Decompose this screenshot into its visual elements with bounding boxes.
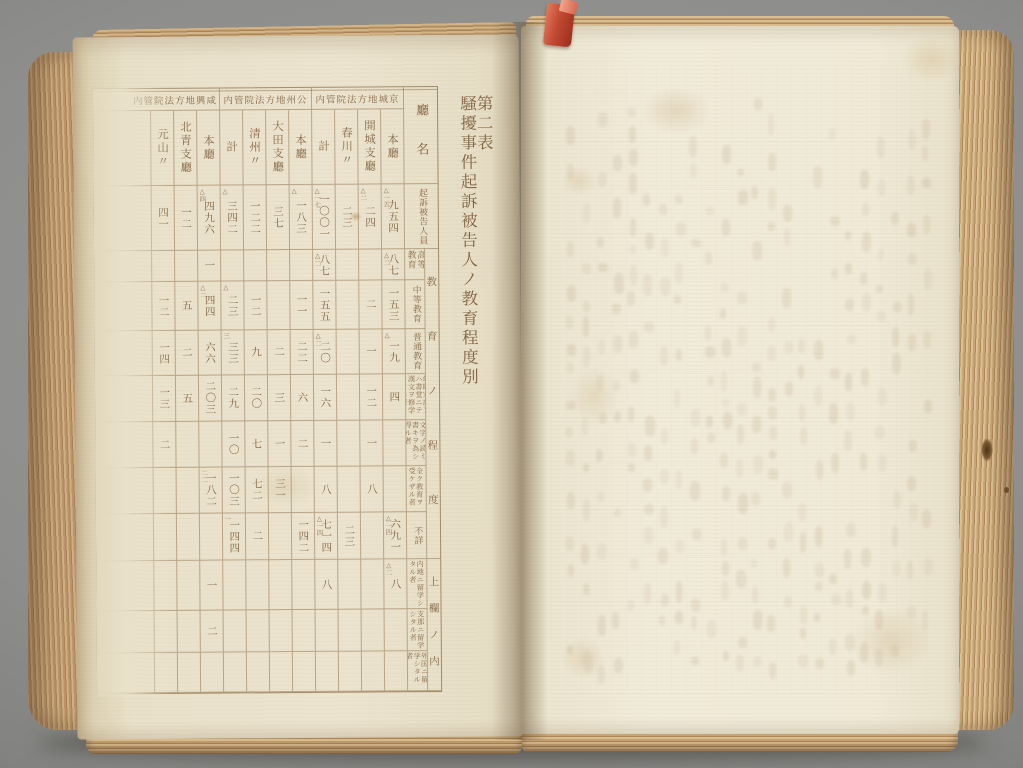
show-through-smudge xyxy=(845,373,852,391)
show-through-smudge xyxy=(753,610,763,631)
show-through-smudge xyxy=(645,416,654,435)
show-through-smudge xyxy=(613,198,621,218)
small-annotation: △ xyxy=(222,283,229,291)
show-through-smudge xyxy=(768,406,777,420)
show-through-smudge xyxy=(768,222,776,230)
value-cell: 一五五 xyxy=(312,281,335,330)
small-annotation: △二 xyxy=(383,251,390,266)
value: 二 xyxy=(206,625,217,637)
value: 四一 xyxy=(157,206,168,229)
value-cell: 四 xyxy=(382,374,405,420)
value-cell: 二 xyxy=(175,331,198,376)
show-through-smudge xyxy=(676,581,683,603)
show-through-smudge xyxy=(627,291,634,306)
value-cell xyxy=(360,559,383,609)
row-header-education: 全ク教育ヲ受ケザル者 xyxy=(406,466,426,512)
show-through-smudge xyxy=(814,613,821,622)
value-cell xyxy=(220,250,243,281)
show-through-smudge xyxy=(566,450,576,465)
show-through-smudge xyxy=(878,583,887,602)
show-through-smudge xyxy=(769,662,776,679)
show-through-smudge xyxy=(613,335,622,353)
value: 三一 xyxy=(274,478,285,501)
value: 二四 xyxy=(364,205,375,228)
show-through-smudge xyxy=(893,302,902,312)
show-through-smudge xyxy=(909,503,918,522)
show-through-smudge xyxy=(723,412,732,430)
office-name-cell: 元山〃 xyxy=(150,111,174,186)
value: 二 xyxy=(297,438,308,450)
value-cell: 一四四一 xyxy=(222,513,245,560)
value: 一二 xyxy=(250,294,261,317)
district-group-label: 内管院法方地城京 xyxy=(315,91,399,106)
row-header-defendants: 起訴被告人員 xyxy=(404,184,438,249)
value: 一 xyxy=(365,346,376,358)
show-through-smudge xyxy=(752,241,762,260)
small-annotation: 三 xyxy=(223,332,230,339)
show-through-smudge xyxy=(643,274,652,296)
show-through-smudge xyxy=(675,611,683,624)
value: 一五三 xyxy=(388,287,399,322)
value-cell: 一 xyxy=(359,420,382,466)
show-through-smudge xyxy=(831,268,838,279)
show-through-grid xyxy=(551,66,933,694)
show-through-smudge xyxy=(597,375,604,391)
value: 二三 xyxy=(227,294,238,317)
value-cell: 一 xyxy=(359,329,382,374)
value-cell: 二 xyxy=(290,421,313,467)
show-through-smudge xyxy=(829,638,836,655)
show-through-smudge xyxy=(751,187,758,199)
show-through-smudge xyxy=(892,561,901,576)
value-cell: 一六 xyxy=(313,375,336,421)
show-through-smudge xyxy=(753,376,761,397)
show-through-smudge xyxy=(690,163,697,179)
show-through-smudge xyxy=(847,660,855,675)
show-through-smudge xyxy=(583,203,590,223)
show-through-smudge xyxy=(614,509,621,517)
show-through-smudge xyxy=(815,582,822,591)
show-through-smudge xyxy=(644,583,651,603)
district-group-label: 内管院法方地興咸 xyxy=(133,92,217,107)
value: 二三 xyxy=(341,205,352,228)
office-name: 計 xyxy=(318,140,330,154)
row-header-education: 不詳 xyxy=(406,512,426,559)
show-through-smudge xyxy=(769,450,776,459)
value-cell xyxy=(358,249,381,280)
show-through-smudge xyxy=(814,386,822,406)
value-cell: 一 xyxy=(313,421,336,467)
show-through-smudge xyxy=(738,493,748,514)
show-through-smudge xyxy=(924,269,932,289)
value: 一〇 xyxy=(228,432,239,455)
show-through-smudge xyxy=(567,163,574,181)
show-through-smudge xyxy=(736,459,742,477)
value-cell: 三七 xyxy=(266,185,289,250)
value: 二 xyxy=(252,531,263,543)
left-page: 内管院法方地城京本廳九五四△一五八七△二一五三一九△四六九一△一四八△二開城支廳… xyxy=(73,34,524,739)
show-through-smudge xyxy=(630,558,639,570)
small-annotation: △二 xyxy=(360,187,367,202)
show-through-smudge xyxy=(720,308,726,319)
show-through-smudge xyxy=(598,112,608,127)
show-through-smudge xyxy=(629,331,638,348)
show-through-smudge xyxy=(721,539,727,556)
small-annotation: △一四 xyxy=(316,515,323,536)
value: 一二 xyxy=(158,294,169,317)
show-through-smudge xyxy=(798,339,806,353)
value-cell xyxy=(336,375,359,421)
show-through-smudge xyxy=(598,492,604,502)
value-cell xyxy=(338,610,361,652)
value: 三七 xyxy=(272,206,283,229)
value-cell: 七 xyxy=(244,421,267,467)
show-through-smudge xyxy=(907,606,916,618)
show-through-smudge xyxy=(785,382,794,396)
show-through-smudge xyxy=(845,299,853,311)
show-through-smudge xyxy=(892,353,901,374)
paper-stain xyxy=(561,166,597,196)
value-cell: 一〇三 xyxy=(222,467,245,513)
small-annotation: △ xyxy=(291,187,298,195)
show-through-smudge xyxy=(598,263,608,272)
show-through-smudge xyxy=(893,491,902,508)
paper-stain xyxy=(901,36,961,82)
show-through-smudge xyxy=(860,453,867,471)
value-cell: 四四△二 xyxy=(197,282,220,331)
value-cell: 一二 xyxy=(174,186,197,251)
value-cell xyxy=(269,652,292,692)
show-through-smudge xyxy=(769,426,777,441)
value-cell xyxy=(153,468,176,514)
value: 六六 xyxy=(204,341,215,364)
value-cell xyxy=(175,422,198,468)
show-through-smudge xyxy=(614,411,621,422)
value: 三三 xyxy=(227,341,238,364)
edge-small-dot xyxy=(1004,487,1009,493)
value: 一 xyxy=(366,437,377,449)
show-through-smudge xyxy=(597,237,604,248)
show-through-smudge xyxy=(752,416,761,434)
show-through-smudge xyxy=(862,232,871,252)
value-cell: 二二 xyxy=(290,330,313,375)
show-through-smudge xyxy=(815,658,824,669)
value: 一 xyxy=(204,260,215,272)
value: 一〇三 xyxy=(228,473,239,508)
value-cell: 一二 xyxy=(359,374,382,420)
show-through-smudge xyxy=(768,318,775,332)
value-cell xyxy=(291,560,314,610)
show-through-smudge xyxy=(722,338,731,357)
value: 一八三 xyxy=(295,200,306,235)
show-through-smudge xyxy=(597,543,607,560)
show-through-smudge xyxy=(768,153,776,171)
value-cell xyxy=(361,651,384,691)
show-through-smudge xyxy=(722,219,730,236)
row-header-study-abroad: 外国ニ留学シタル者 xyxy=(407,651,427,691)
value-cell xyxy=(292,652,315,692)
district-group-header: 内管院法方地城京 xyxy=(311,87,403,110)
right-page-blank xyxy=(521,26,959,734)
show-through-smudge xyxy=(567,344,576,356)
value-cell: 四九六△四 xyxy=(197,186,220,251)
show-through-smudge xyxy=(908,294,914,314)
show-through-smudge xyxy=(566,316,573,329)
value-cell xyxy=(292,610,315,652)
value-cell xyxy=(360,512,383,559)
value-cell: 四一 xyxy=(151,186,174,251)
faded-cut-column-cell xyxy=(95,282,151,331)
value: 一六 xyxy=(320,386,331,409)
show-through-smudge xyxy=(628,108,636,117)
show-through-smudge xyxy=(860,642,868,662)
show-through-smudge xyxy=(674,640,681,656)
statistics-table: 内管院法方地城京本廳九五四△一五八七△二一五三一九△四六九一△一四八△二開城支廳… xyxy=(93,86,442,694)
show-through-smudge xyxy=(581,544,589,564)
value: 一二 xyxy=(180,206,191,229)
show-through-smudge xyxy=(676,349,682,361)
show-through-smudge xyxy=(878,454,887,472)
paper-stain xyxy=(641,86,711,136)
show-through-smudge xyxy=(658,548,667,564)
show-through-smudge xyxy=(844,430,852,451)
show-through-smudge xyxy=(799,404,806,422)
show-through-smudge xyxy=(630,265,637,286)
office-name: 北青支廳 xyxy=(179,121,191,175)
value-cell xyxy=(200,653,223,693)
value-cell: 一五三 xyxy=(381,280,404,329)
value-cell: 二〇△二 xyxy=(313,330,336,375)
show-through-smudge xyxy=(737,326,746,347)
small-annotation: △二 xyxy=(385,561,392,576)
corner-header-cell: 廳名 xyxy=(403,87,438,184)
value-cell: 一八三△ xyxy=(289,185,312,250)
value-cell: 二〇三 xyxy=(198,376,221,422)
show-through-smudge xyxy=(675,262,684,284)
show-through-smudge xyxy=(784,228,790,246)
office-name-cell: 本廳 xyxy=(288,110,312,185)
value: 二三 xyxy=(344,524,355,547)
show-through-smudge xyxy=(598,615,606,636)
value: 一四二 xyxy=(298,519,309,554)
show-through-smudge xyxy=(862,581,870,599)
value-cell: 七二 xyxy=(245,467,268,513)
value-cell: 六 xyxy=(290,375,313,421)
show-through-smudge xyxy=(922,510,931,528)
show-through-smudge xyxy=(583,499,591,521)
office-name: 本廳 xyxy=(386,133,398,160)
show-through-smudge xyxy=(922,119,930,139)
office-name: 計 xyxy=(226,141,238,155)
bottom-page-stack-edge-right xyxy=(522,732,958,752)
show-through-smudge xyxy=(567,242,573,257)
show-through-smudge xyxy=(877,311,886,322)
show-through-smudge xyxy=(736,570,746,588)
show-through-smudge xyxy=(891,645,898,657)
show-through-smudge xyxy=(644,322,653,332)
show-through-smudge xyxy=(861,368,870,386)
value-cell: 二 xyxy=(358,280,381,329)
show-through-smudge xyxy=(753,455,762,473)
value-cell: 二 xyxy=(245,513,268,560)
show-through-smudge xyxy=(737,403,747,416)
office-name-cell: 春川〃 xyxy=(334,110,358,185)
small-annotation: △ xyxy=(384,331,391,339)
show-through-smudge xyxy=(908,253,918,265)
show-through-smudge xyxy=(908,130,916,150)
value: 二 xyxy=(273,346,284,358)
value-cell: 五 xyxy=(174,282,197,331)
show-through-smudge xyxy=(583,316,589,337)
paper-stain xyxy=(569,366,619,426)
show-through-smudge xyxy=(738,537,747,550)
value-cell: 三三三 xyxy=(221,330,244,375)
show-through-smudge xyxy=(689,136,697,158)
value-cell: 一二二 xyxy=(243,185,266,250)
show-through-smudge xyxy=(643,478,652,491)
small-annotation: △四 xyxy=(199,188,206,203)
value: 八 xyxy=(320,484,331,496)
show-through-smudge xyxy=(751,492,760,506)
value-cell: 二四△二 xyxy=(358,184,381,249)
office-name-cell: 大田支廳 xyxy=(265,110,289,185)
value-cell: 一 xyxy=(197,251,220,282)
show-through-smudge xyxy=(630,218,637,236)
office-name: 元山〃 xyxy=(156,128,168,169)
value: 八 xyxy=(390,578,401,590)
faded-cut-column-cell xyxy=(97,514,153,561)
show-through-smudge xyxy=(691,598,700,612)
show-through-smudge xyxy=(568,564,574,577)
faded-cut-column-cell xyxy=(96,376,152,422)
value-cell xyxy=(266,250,289,281)
show-through-smudge xyxy=(660,469,669,484)
show-through-smudge xyxy=(752,363,761,372)
show-through-smudge xyxy=(582,417,588,435)
value-cell xyxy=(154,611,177,653)
show-through-smudge xyxy=(630,370,639,383)
value-cell: 八△二 xyxy=(383,559,406,609)
small-annotation: △ xyxy=(222,187,229,195)
show-through-smudge xyxy=(862,293,871,311)
show-through-smudge xyxy=(829,403,839,424)
value-cell: 六九一△一四 xyxy=(383,512,406,559)
value-cell xyxy=(338,652,361,692)
row-header-study-abroad: 支那ニ留学シタル者 xyxy=(407,609,427,651)
value-cell xyxy=(336,421,359,467)
show-through-smudge xyxy=(924,400,932,413)
show-through-smudge xyxy=(923,215,930,233)
value-cell xyxy=(246,610,269,652)
show-through-smudge xyxy=(598,172,607,187)
show-through-smudge xyxy=(720,453,727,469)
faded-cut-column-cell xyxy=(95,186,151,251)
value: 三 xyxy=(274,392,285,404)
show-through-smudge xyxy=(907,223,916,237)
show-through-smudge xyxy=(628,406,634,422)
value: 一五五 xyxy=(319,288,330,323)
show-through-smudge xyxy=(845,634,855,650)
show-through-smudge xyxy=(813,166,821,188)
show-through-smudge xyxy=(583,463,589,473)
show-through-smudge xyxy=(659,615,665,626)
small-annotation: △二 xyxy=(199,284,206,299)
show-through-smudge xyxy=(707,433,716,443)
office-name-cell: 計 xyxy=(311,110,335,185)
value-cell: 一 xyxy=(267,421,290,467)
value-cell xyxy=(384,609,407,651)
show-through-smudge xyxy=(752,587,758,605)
show-through-smudge xyxy=(768,538,776,549)
value-cell: 一三 xyxy=(152,376,175,422)
value-cell: 八 xyxy=(314,560,337,610)
show-through-smudge xyxy=(800,532,806,553)
show-through-smudge xyxy=(613,380,621,392)
value-cell: 三一 xyxy=(268,467,291,513)
office-name: 大田支廳 xyxy=(271,120,283,174)
show-through-smudge xyxy=(567,492,575,509)
value-cell xyxy=(335,250,358,281)
office-name-cell: 計 xyxy=(219,110,243,185)
value-cell: 八七△二 xyxy=(312,250,335,281)
show-through-smudge xyxy=(596,449,603,463)
show-through-smudge xyxy=(878,388,887,406)
show-through-smudge xyxy=(784,596,792,608)
edge-stain-spot xyxy=(981,438,993,462)
show-through-smudge xyxy=(612,303,622,314)
value-cell: 二三 xyxy=(337,513,360,560)
education-degree-group-header: 教育ノ程度 xyxy=(424,249,440,559)
show-through-smudge xyxy=(738,190,747,205)
show-through-smudge xyxy=(660,277,670,295)
show-through-smudge xyxy=(629,173,637,194)
show-through-smudge xyxy=(784,522,794,541)
upper-column-note-group-header: 上欄ノ内 xyxy=(426,559,441,691)
show-through-smudge xyxy=(784,341,793,354)
value: 二〇 xyxy=(251,386,262,409)
show-through-smudge xyxy=(753,657,763,668)
show-through-smudge xyxy=(630,245,636,255)
value: 一三 xyxy=(159,387,170,410)
show-through-smudge xyxy=(691,657,699,665)
value-cell xyxy=(154,653,177,693)
show-through-smudge xyxy=(800,628,806,639)
value: 一四 xyxy=(158,341,169,364)
value-cell: 二 xyxy=(200,611,223,653)
right-page-stack-edge xyxy=(952,30,1014,730)
show-through-smudge xyxy=(691,616,697,628)
district-group-header: 内管院法方地州公 xyxy=(219,88,311,111)
faded-cut-column-cell xyxy=(96,331,152,376)
value-cell: 一四二 xyxy=(291,513,314,560)
row-header-study-abroad: 内地ニ留学シタル者 xyxy=(406,559,426,609)
show-through-smudge xyxy=(599,339,605,355)
show-through-smudge xyxy=(661,428,668,446)
value-cell: 二九 xyxy=(221,375,244,421)
show-through-smudge xyxy=(705,325,711,341)
district-group-header: 内管院法方地興咸 xyxy=(94,89,219,112)
value-cell: 七一四△一四 xyxy=(314,513,337,560)
show-through-smudge xyxy=(844,549,851,569)
show-through-smudge xyxy=(567,645,574,655)
value: 六 xyxy=(297,392,308,404)
faded-cut-column-cell xyxy=(97,561,153,611)
show-through-smudge xyxy=(674,295,681,303)
value-cell: 三 xyxy=(267,375,290,421)
row-header-education: 普通教育 xyxy=(405,329,425,374)
show-through-smudge xyxy=(922,178,930,188)
show-through-smudge xyxy=(798,655,807,667)
